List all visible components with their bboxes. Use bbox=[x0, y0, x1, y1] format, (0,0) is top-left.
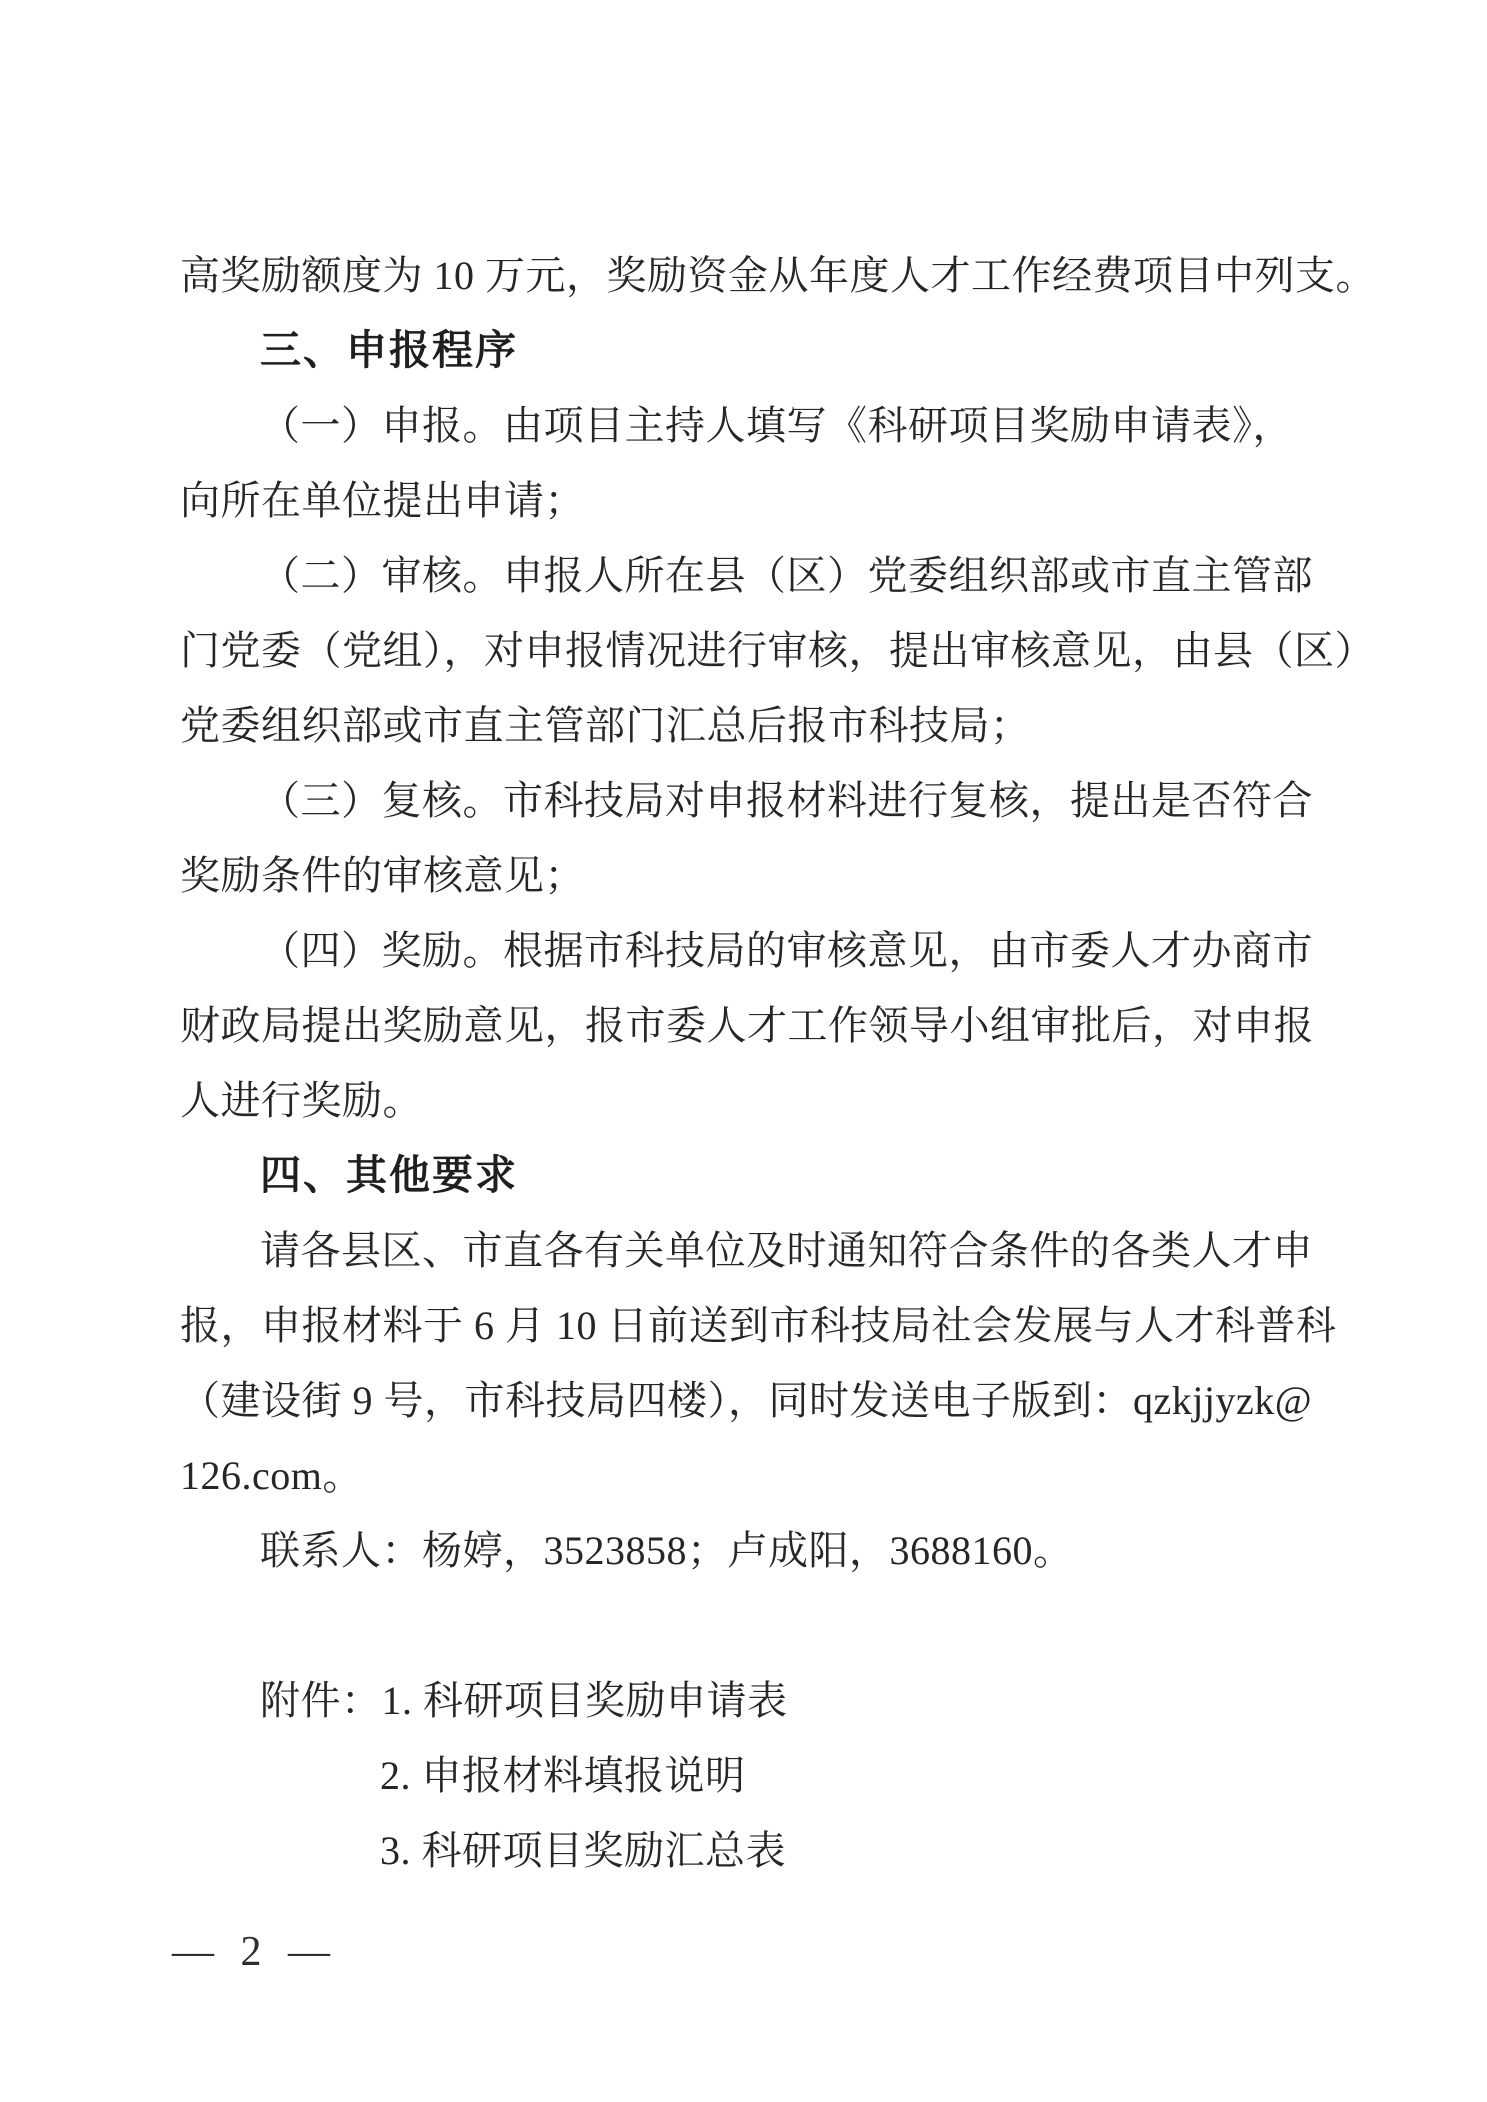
section-heading-4: 四、其他要求 bbox=[180, 1138, 1310, 1213]
body-line: 报，申报材料于 6 月 10 日前送到市科技局社会发展与人才科普科 bbox=[180, 1288, 1310, 1363]
body-line: 奖励条件的审核意见； bbox=[180, 838, 1310, 913]
document-body: 高奖励额度为 10 万元，奖励资金从年度人才工作经费项目中列支。 三、申报程序 … bbox=[180, 238, 1310, 1888]
contact-line: 联系人：杨婷，3523858；卢成阳，3688160。 bbox=[180, 1513, 1310, 1588]
body-line: 门党委（党组），对申报情况进行审核，提出审核意见，由县（区） bbox=[180, 613, 1310, 688]
attachment-item: 2. 申报材料填报说明 bbox=[180, 1738, 1310, 1813]
attachment-label-line: 附件：1. 科研项目奖励申请表 bbox=[180, 1663, 1310, 1738]
page-number: — 2 — bbox=[172, 1928, 338, 1976]
body-line: （建设街 9 号，市科技局四楼），同时发送电子版到：qzkjjyzk@ bbox=[180, 1363, 1310, 1438]
blank-line bbox=[180, 1588, 1310, 1663]
section-heading-3: 三、申报程序 bbox=[180, 313, 1310, 388]
body-line: 财政局提出奖励意见，报市委人才工作领导小组审批后，对申报 bbox=[180, 988, 1310, 1063]
body-line: 向所在单位提出申请； bbox=[180, 463, 1310, 538]
paragraph-start-line: （四）奖励。根据市科技局的审核意见，由市委人才办商市 bbox=[180, 913, 1310, 988]
body-line: 126.com。 bbox=[180, 1438, 1310, 1513]
paragraph-start-line: 请各县区、市直各有关单位及时通知符合条件的各类人才申 bbox=[180, 1213, 1310, 1288]
paragraph-start-line: （二）审核。申报人所在县（区）党委组织部或市直主管部 bbox=[180, 538, 1310, 613]
paragraph-start-line: （三）复核。市科技局对申报材料进行复核，提出是否符合 bbox=[180, 763, 1310, 838]
body-line: 人进行奖励。 bbox=[180, 1063, 1310, 1138]
document-page: 高奖励额度为 10 万元，奖励资金从年度人才工作经费项目中列支。 三、申报程序 … bbox=[0, 0, 1487, 2102]
attachment-item: 3. 科研项目奖励汇总表 bbox=[180, 1813, 1310, 1888]
body-line: 党委组织部或市直主管部门汇总后报市科技局； bbox=[180, 688, 1310, 763]
paragraph-start-line: （一）申报。由项目主持人填写《科研项目奖励申请表》， bbox=[180, 388, 1310, 463]
body-line: 高奖励额度为 10 万元，奖励资金从年度人才工作经费项目中列支。 bbox=[180, 238, 1310, 313]
